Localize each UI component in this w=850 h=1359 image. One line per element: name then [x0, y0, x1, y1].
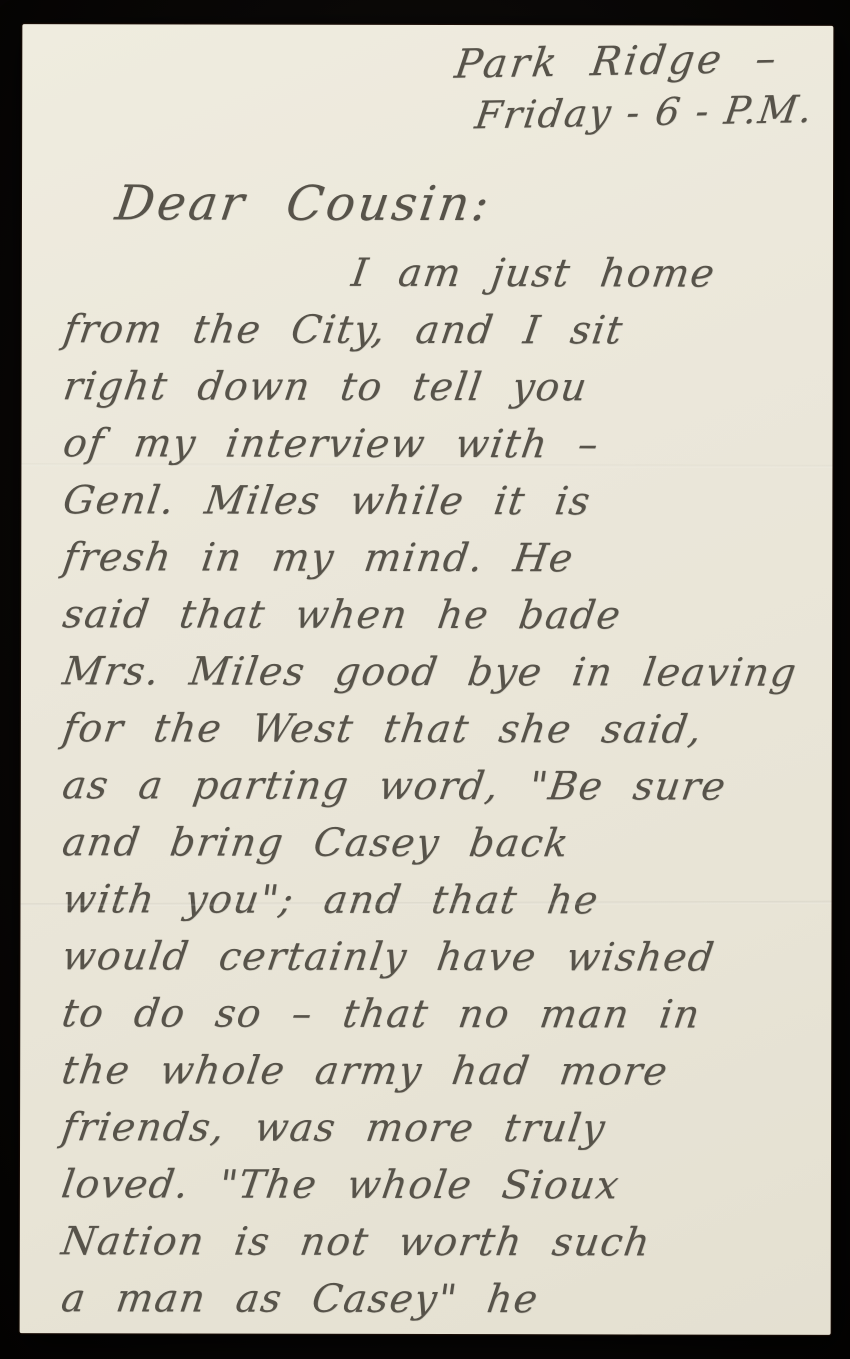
letter-body: I am just home from the City, and I sit …	[62, 244, 817, 1329]
letter-line: with you"; and that he	[58, 871, 819, 930]
letter-line: a man as Casey" he	[58, 1270, 819, 1329]
letter-line: would certainly have wished	[58, 928, 819, 987]
letter-line: and bring Casey back	[59, 814, 820, 873]
letter-line: said that when he bade	[59, 586, 820, 645]
letter-line: friends, was more truly	[58, 1099, 819, 1158]
letter-line: for the West that she said,	[59, 700, 820, 759]
letter-line: fresh in my mind. He	[59, 529, 820, 588]
letter-line: Genl. Miles while it is	[59, 472, 820, 531]
salutation: Dear Cousin:	[112, 174, 821, 233]
letter-line: the whole army had more	[58, 1042, 819, 1101]
letter-line: I am just home	[60, 244, 821, 303]
letter-line: from the City, and I sit	[60, 301, 821, 360]
letter-dateline: Park Ridge – Friday - 6 - P.M.	[63, 32, 818, 148]
letter-line: as a parting word, "Be sure	[59, 757, 820, 816]
letter-line: Nation is not worth such	[58, 1213, 819, 1272]
letter-line: right down to tell you	[60, 358, 821, 417]
letter-line: of my interview with –	[59, 415, 820, 474]
letter-line: Mrs. Miles good bye in leaving	[59, 643, 820, 702]
letter-line: loved. "The whole Sioux	[58, 1156, 819, 1215]
letter-line: to do so – that no man in	[58, 985, 819, 1044]
scan-background: Park Ridge – Friday - 6 - P.M. Dear Cous…	[0, 0, 850, 1359]
letter-page: Park Ridge – Friday - 6 - P.M. Dear Cous…	[20, 24, 834, 1335]
